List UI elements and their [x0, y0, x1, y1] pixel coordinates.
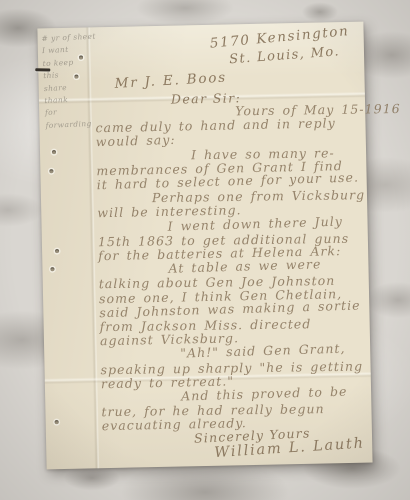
pin-hole	[49, 169, 53, 173]
letter-paper: # yr of sheetI wantto keepthissharethank…	[37, 22, 372, 470]
letter-recipient: Mr J. E. Boos	[114, 70, 227, 92]
pin-hole	[55, 420, 59, 424]
pin-hole	[50, 267, 54, 271]
letter-line: I have so many re-	[191, 146, 360, 163]
letter-body: Yours of May 15-1916came duly to hand an…	[95, 102, 366, 434]
letter-line: Yours of May 15-1916	[235, 103, 359, 119]
photo-background: # yr of sheetI wantto keepthissharethank…	[0, 0, 410, 500]
pin-hole	[52, 150, 56, 154]
pin-hole	[55, 249, 59, 253]
